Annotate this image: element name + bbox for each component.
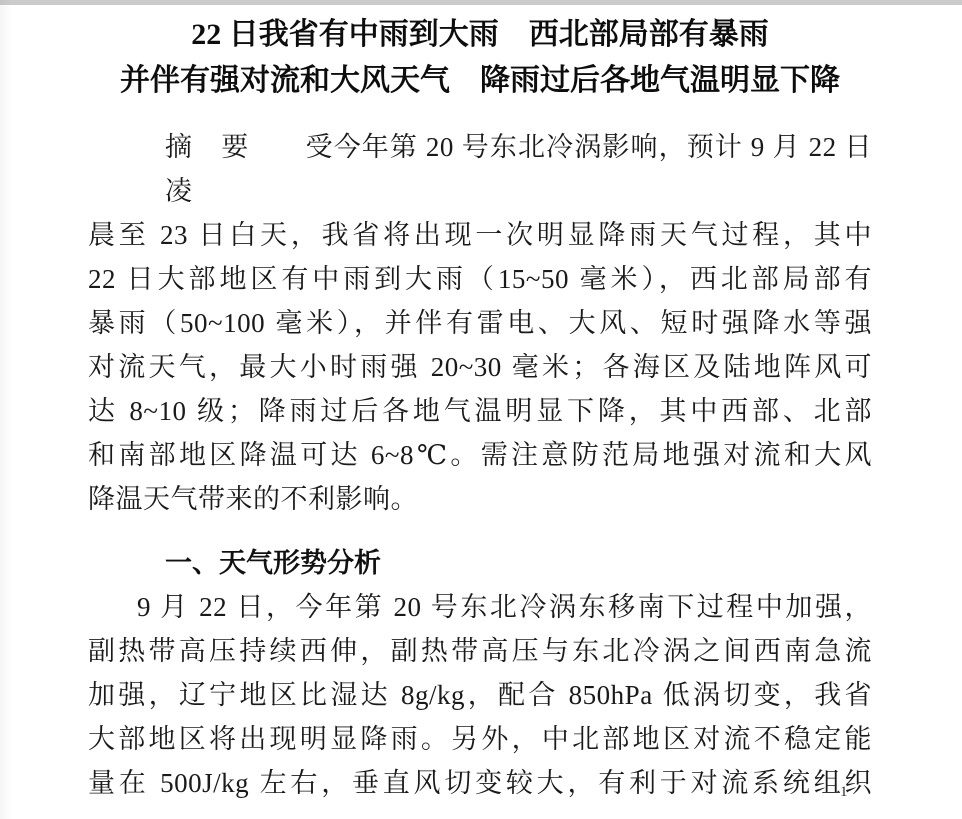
scan-artifact-left-shadow — [0, 0, 12, 819]
abstract-line: 达 8~10 级；降雨过后各地气温明显下降，其中西部、北部 — [88, 389, 872, 433]
section-1-line: 量在 500J/kg 左右，垂直风切变较大，有利于对流系统组织 — [88, 761, 872, 805]
page-number: 1 — [840, 782, 848, 802]
scan-artifact-top-band — [0, 0, 962, 5]
section-1-paragraph: 9 月 22 日，今年第 20 号东北冷涡东移南下过程中加强， 副热带高压持续西… — [88, 585, 872, 805]
document-title-line-1: 22 日我省有中雨到大雨 西北部局部有暴雨 — [88, 12, 872, 58]
abstract-line: 摘 要 受今年第 20 号东北冷涡影响，预计 9 月 22 日凌 — [88, 125, 872, 213]
section-1-line: 副热带高压持续西伸，副热带高压与东北冷涡之间西南急流 — [88, 629, 872, 673]
section-1-line: 9 月 22 日，今年第 20 号东北冷涡东移南下过程中加强， — [88, 585, 872, 629]
document-page: 22 日我省有中雨到大雨 西北部局部有暴雨 并伴有强对流和大风天气 降雨过后各地… — [0, 0, 962, 819]
abstract-paragraph: 摘 要 受今年第 20 号东北冷涡影响，预计 9 月 22 日凌 晨至 23 日… — [88, 125, 872, 521]
document-content: 22 日我省有中雨到大雨 西北部局部有暴雨 并伴有强对流和大风天气 降雨过后各地… — [88, 12, 872, 805]
section-1-line: 加强，辽宁地区比湿达 8g/kg，配合 850hPa 低涡切变，我省 — [88, 673, 872, 717]
abstract-line: 暴雨（50~100 毫米），并伴有雷电、大风、短时强降水等强 — [88, 301, 872, 345]
abstract-line: 22 日大部地区有中雨到大雨（15~50 毫米），西北部局部有 — [88, 257, 872, 301]
abstract-line: 对流天气，最大小时雨强 20~30 毫米；各海区及陆地阵风可 — [88, 345, 872, 389]
abstract-line: 晨至 23 日白天，我省将出现一次明显降雨天气过程，其中 — [88, 213, 872, 257]
section-1-line: 大部地区将出现明显降雨。另外，中北部地区对流不稳定能 — [88, 717, 872, 761]
document-title-line-2: 并伴有强对流和大风天气 降雨过后各地气温明显下降 — [88, 58, 872, 104]
section-1-heading: 一、天气形势分析 — [88, 541, 872, 585]
abstract-line: 和南部地区降温可达 6~8℃。需注意防范局地强对流和大风 — [88, 433, 872, 477]
abstract-line: 降温天气带来的不利影响。 — [88, 477, 872, 521]
